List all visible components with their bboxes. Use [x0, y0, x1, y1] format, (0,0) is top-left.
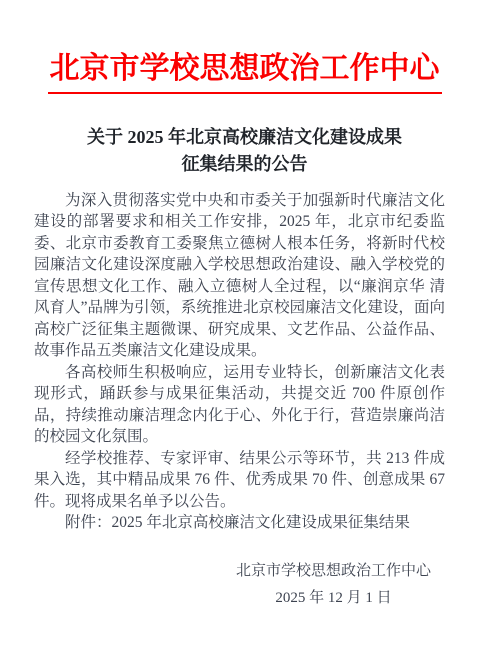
document-title-line-1: 关于 2025 年北京高校廉洁文化建设成果 [0, 124, 489, 151]
letterhead-org-title: 北京市学校思想政治工作中心 [48, 52, 442, 94]
body-paragraph-1: 为深入贯彻落实党中央和市委关于加强新时代廉洁文化建设的部署要求和相关工作安排，2… [34, 190, 445, 362]
document-title: 关于 2025 年北京高校廉洁文化建设成果 征集结果的公告 [0, 124, 489, 178]
document-page: 北京市学校思想政治工作中心 关于 2025 年北京高校廉洁文化建设成果 征集结果… [0, 0, 489, 670]
signature-org-name: 北京市学校思想政治工作中心 [236, 558, 431, 585]
body-paragraph-2: 各高校师生积极响应，运用专业特长，创新廉洁文化表现形式，踊跃参与成果征集活动，共… [34, 362, 445, 448]
document-title-line-2: 征集结果的公告 [0, 151, 489, 178]
document-body: 为深入贯彻落实党中央和市委关于加强新时代廉洁文化建设的部署要求和相关工作安排，2… [34, 190, 445, 534]
signature-inner: 北京市学校思想政治工作中心 2025 年 12 月 1 日 [236, 558, 431, 612]
attachment-line: 附件：2025 年北京高校廉洁文化建设成果征集结果 [34, 512, 445, 534]
letterhead: 北京市学校思想政治工作中心 [0, 0, 489, 94]
body-paragraph-3: 经学校推荐、专家评审、结果公示等环节，共 213 件成果入选，其中精品成果 76… [34, 448, 445, 513]
signature-date: 2025 年 12 月 1 日 [236, 585, 431, 612]
signature-block: 北京市学校思想政治工作中心 2025 年 12 月 1 日 [0, 558, 489, 612]
